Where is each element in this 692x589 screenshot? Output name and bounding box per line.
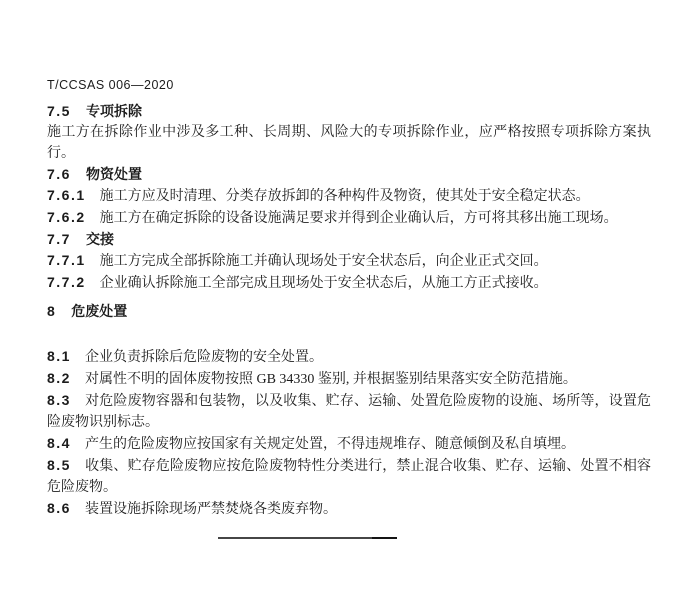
- clause-number: 8.4: [47, 435, 71, 451]
- section-heading-7-7: 7.7交接: [47, 229, 651, 250]
- section-title: 专项拆除: [86, 103, 142, 119]
- clause-text: 施工方完成全部拆除施工并确认现场处于安全状态后，向企业正式交回。: [100, 254, 548, 269]
- section-title: 物资处置: [86, 166, 142, 182]
- section-heading-7-6: 7.6物资处置: [47, 164, 651, 185]
- clause-text: 施工方在确定拆除的设备设施满足要求并得到企业确认后，方可将其移出施工现场。: [100, 211, 618, 226]
- clause-number: 8.2: [47, 370, 71, 386]
- clause-text: 收集、贮存危险废物应按危险废物特性分类进行，禁止混合收集、贮存、运输、处置不相容…: [47, 459, 651, 495]
- document-content: T/CCSAS 006—2020 7.5专项拆除 施工方在拆除作业中涉及多工种、…: [47, 78, 651, 520]
- section-title: 交接: [86, 231, 114, 247]
- standard-number-header: T/CCSAS 006—2020: [47, 78, 651, 92]
- section-number: 7.5: [47, 103, 71, 119]
- section-number: 7.6: [47, 166, 71, 182]
- clause-8-5: 8.5收集、贮存危险废物应按危险废物特性分类进行，禁止混合收集、贮存、运输、处置…: [47, 455, 651, 498]
- clause-8-2: 8.2对属性不明的固体废物按照 GB 34330 鉴别, 并根据鉴别结果落实安全…: [47, 368, 651, 390]
- clause-8-1: 8.1企业负责拆除后危险废物的安全处置。: [47, 346, 651, 368]
- end-of-document-rule: [218, 537, 397, 539]
- clause-number: 7.7.1: [47, 252, 86, 268]
- clause-text: 企业负责拆除后危险废物的安全处置。: [85, 350, 323, 365]
- section-heading-8: 8危废处置: [47, 301, 651, 322]
- clause-7-7-1: 7.7.1施工方完成全部拆除施工并确认现场处于安全状态后，向企业正式交回。: [47, 250, 651, 272]
- clause-7-6-1: 7.6.1施工方应及时清理、分类存放拆卸的各种构件及物资，使其处于安全稳定状态。: [47, 185, 651, 207]
- clause-text: 对属性不明的固体废物按照 GB 34330 鉴别, 并根据鉴别结果落实安全防范措…: [85, 372, 577, 387]
- clause-text: 产生的危险废物应按国家有关规定处置，不得违规堆存、随意倾倒及私自填埋。: [85, 437, 575, 452]
- clause-8-4: 8.4产生的危险废物应按国家有关规定处置，不得违规堆存、随意倾倒及私自填埋。: [47, 433, 651, 455]
- clause-7-6-2: 7.6.2施工方在确定拆除的设备设施满足要求并得到企业确认后，方可将其移出施工现…: [47, 207, 651, 229]
- clause-text: 对危险废物容器和包装物，以及收集、贮存、运输、处置危险废物的设施、场所等，设置危…: [47, 394, 651, 430]
- clause-number: 8.5: [47, 457, 71, 473]
- clause-text: 企业确认拆除施工全部完成且现场处于安全状态后，从施工方正式接收。: [100, 276, 548, 291]
- clause-number: 7.7.2: [47, 274, 86, 290]
- section-number: 8: [47, 303, 56, 319]
- paragraph-7-5: 施工方在拆除作业中涉及多工种、长周期、风险大的专项拆除作业，应严格按照专项拆除方…: [47, 122, 651, 164]
- clause-7-7-2: 7.7.2企业确认拆除施工全部完成且现场处于安全状态后，从施工方正式接收。: [47, 272, 651, 294]
- clause-number: 7.6.2: [47, 209, 86, 225]
- clause-number: 8.6: [47, 500, 71, 516]
- section-title: 危废处置: [71, 303, 127, 319]
- clause-text: 施工方应及时清理、分类存放拆卸的各种构件及物资，使其处于安全稳定状态。: [100, 189, 590, 204]
- clause-number: 8.1: [47, 348, 71, 364]
- clause-number: 7.6.1: [47, 187, 86, 203]
- clause-8-3: 8.3对危险废物容器和包装物，以及收集、贮存、运输、处置危险废物的设施、场所等，…: [47, 390, 651, 433]
- section-heading-7-5: 7.5专项拆除: [47, 101, 651, 122]
- document-page: T/CCSAS 006—2020 7.5专项拆除 施工方在拆除作业中涉及多工种、…: [0, 0, 692, 589]
- section-number: 7.7: [47, 231, 71, 247]
- clause-text: 装置设施拆除现场严禁焚烧各类废弃物。: [85, 502, 337, 517]
- clause-number: 8.3: [47, 392, 71, 408]
- clause-8-6: 8.6装置设施拆除现场严禁焚烧各类废弃物。: [47, 498, 651, 520]
